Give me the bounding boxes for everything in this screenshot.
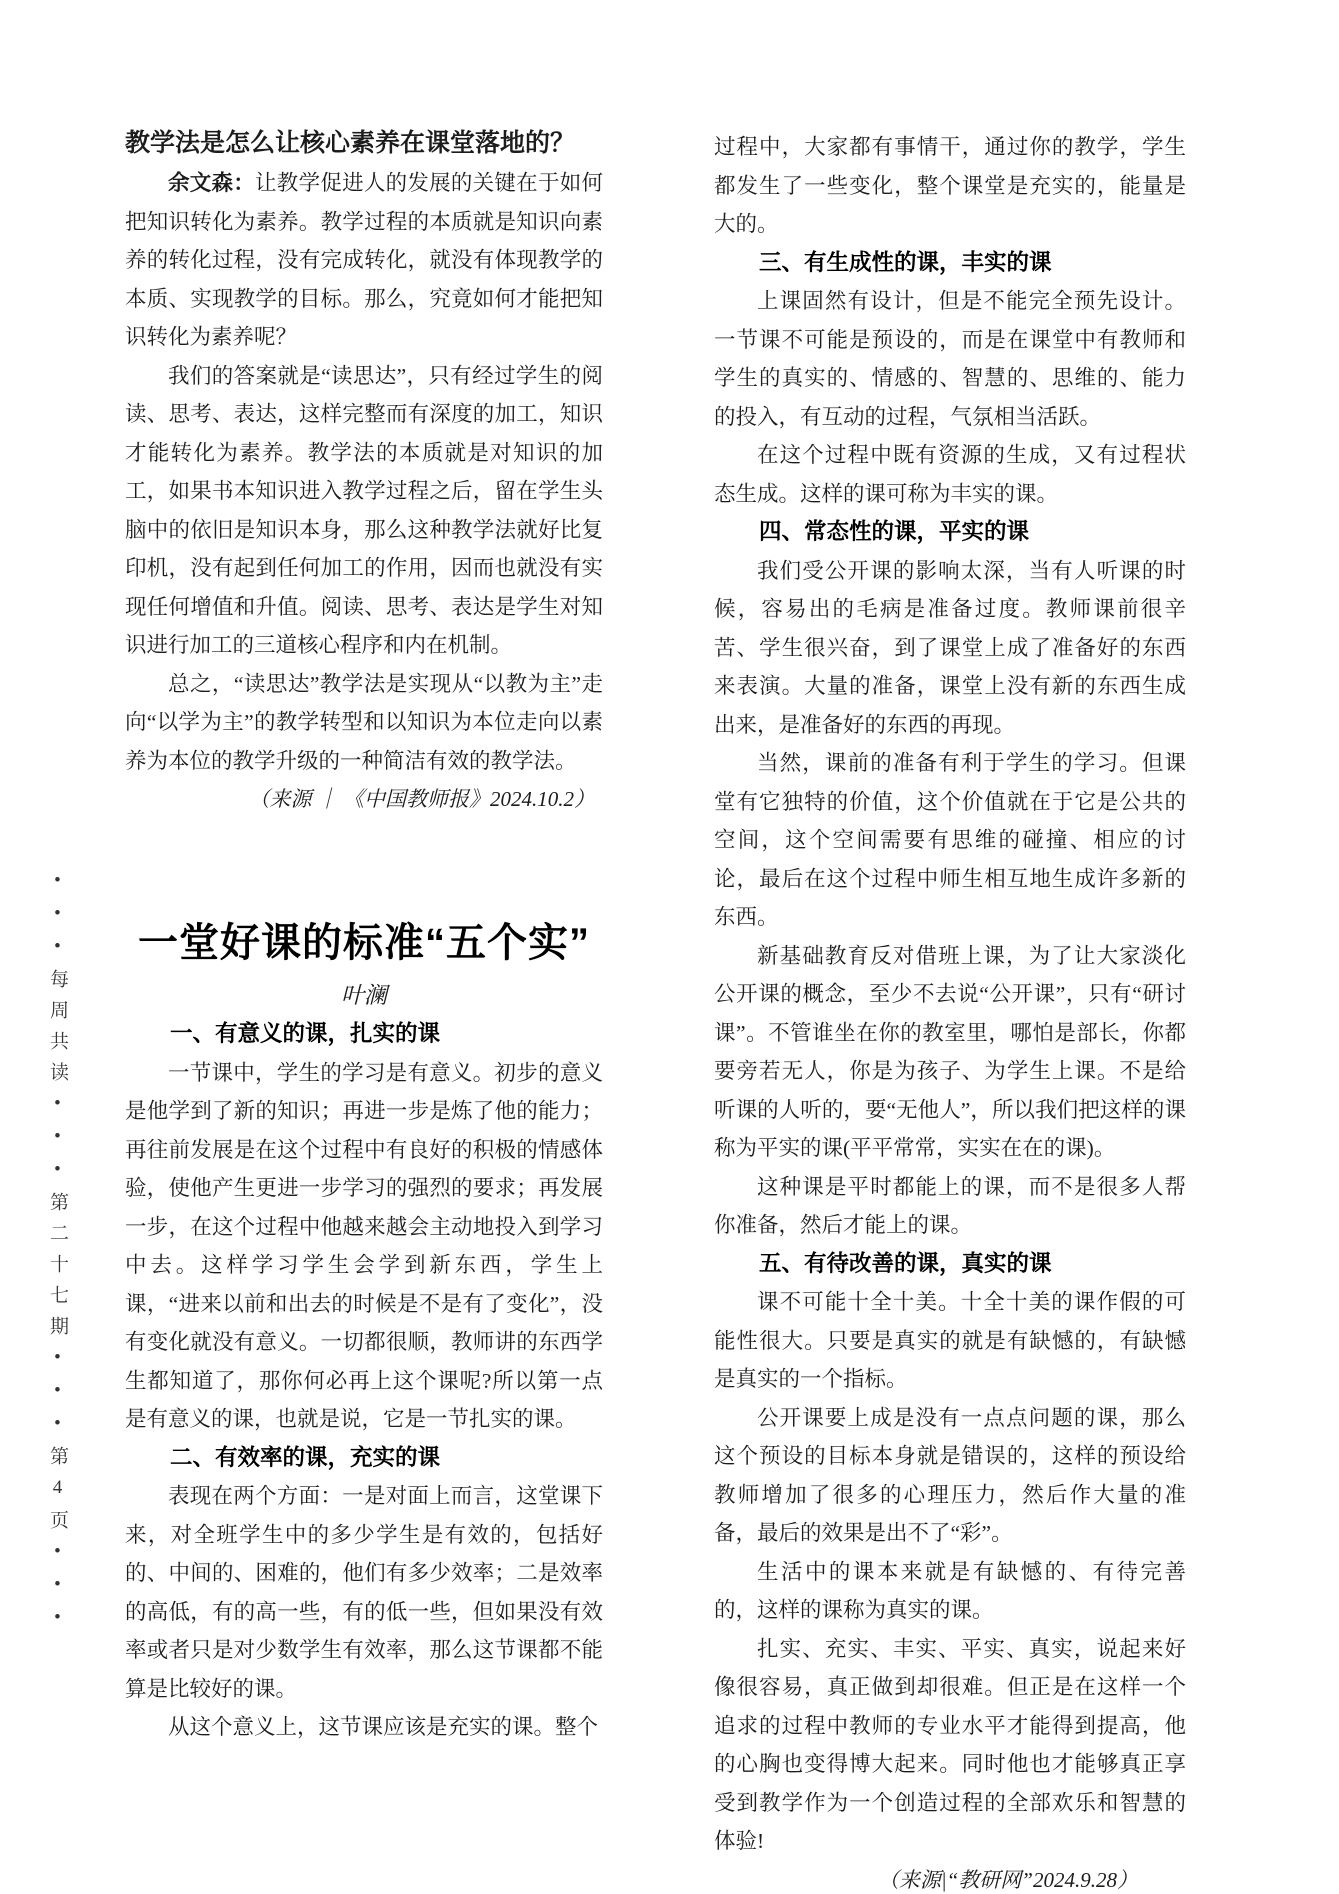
article-1-paragraph: 总之，“读思达”教学法是实现从“以教为主”走向“以学为主”的教学转型和以知识为本… [125,665,603,781]
section-2-paragraph-continued-start: 从这个意义上，这节课应该是充实的课。整个 [125,1708,603,1747]
article-2-source-line: （来源|“教研网”2024.9.28） [714,1861,1186,1894]
article-1-paragraph: 余文森：让教学促进人的发展的关键在于如何把知识转化为素养。教学过程的本质就是知识… [125,164,603,357]
section-2-heading: 二、有效率的课，充实的课 [125,1439,603,1478]
right-column: 过程中，大家都有事情干，通过你的教学，学生都发生了一些变化，整个课堂是充实的，能… [714,128,1186,1894]
section-5-heading: 五、有待改善的课，真实的课 [714,1245,1186,1284]
section-4-paragraph: 这种课是平时都能上的课，而不是很多人帮你准备，然后才能上的课。 [714,1168,1186,1245]
section-3-paragraph: 上课固然有设计，但是不能完全预先设计。一节课不可能是预设的，而是在课堂中有教师和… [714,282,1186,436]
section-4-heading: 四、常态性的课，平实的课 [714,513,1186,552]
section-2-paragraph: 表现在两个方面：一是对面上而言，这堂课下来，对全班学生中的多少学生是有效的，包括… [125,1477,603,1708]
section-5-paragraph: 生活中的课本来就是有缺憾的、有待完善的，这样的课称为真实的课。 [714,1553,1186,1630]
article-1-source-line: （来源 ｜ 《中国教师报》2024.10.2） [125,780,603,819]
section-5-paragraph: 公开课要上成是没有一点点问题的课，那么这个预设的目标本身就是错误的，这样的预设给… [714,1399,1186,1553]
section-3-paragraph: 在这个过程中既有资源的生成，又有过程状态生成。这样的课可称为丰实的课。 [714,436,1186,513]
section-3-heading: 三、有生成性的课，丰实的课 [714,244,1186,283]
section-4-paragraph: 当然，课前的准备有利于学生的学习。但课堂有它独特的价值，这个价值就在于它是公共的… [714,744,1186,937]
article-1-paragraph-text: 让教学促进人的发展的关键在于如何把知识转化为素养。教学过程的本质就是知识向素养的… [125,171,603,349]
document-page: •••每周共读•••第二十七期•••第4页••• 教学法是怎么让核心素养在课堂落… [0,0,1339,1894]
section-2-paragraph-continued-end: 过程中，大家都有事情干，通过你的教学，学生都发生了一些变化，整个课堂是充实的，能… [714,128,1186,244]
section-1-paragraph: 一节课中，学生的学习是有意义。初步的意义是他学到了新的知识；再进一步是炼了他的能… [125,1054,603,1439]
speaker-name-label: 余文森： [168,171,255,195]
left-column: 教学法是怎么让核心素养在课堂落地的？ 余文森：让教学促进人的发展的关键在于如何把… [125,124,603,1747]
section-4-paragraph: 新基础教育反对借班上课，为了让大家淡化公开课的概念，至少不去说“公开课”，只有“… [714,937,1186,1168]
section-4-paragraph: 我们受公开课的影响太深，当有人听课的时候，容易出的毛病是准备过度。教师课前很辛苦… [714,552,1186,745]
sidebar-vertical-label: •••每周共读•••第二十七期•••第4页••• [44,870,71,1640]
article-1-paragraph: 我们的答案就是“读思达”，只有经过学生的阅读、思考、表达，这样完整而有深度的加工… [125,357,603,665]
section-1-heading: 一、有意义的课，扎实的课 [125,1015,603,1054]
section-5-paragraph: 扎实、充实、丰实、平实、真实，说起来好像很容易，真正做到却很难。但正是在这样一个… [714,1630,1186,1861]
section-5-paragraph: 课不可能十全十美。十全十美的课作假的可能性很大。只要是真实的就是有缺憾的，有缺憾… [714,1283,1186,1399]
article-2-author: 叶澜 [125,977,603,1016]
article-1-title: 教学法是怎么让核心素养在课堂落地的？ [125,124,603,164]
article-2-title: 一堂好课的标准“五个实” [125,917,603,969]
